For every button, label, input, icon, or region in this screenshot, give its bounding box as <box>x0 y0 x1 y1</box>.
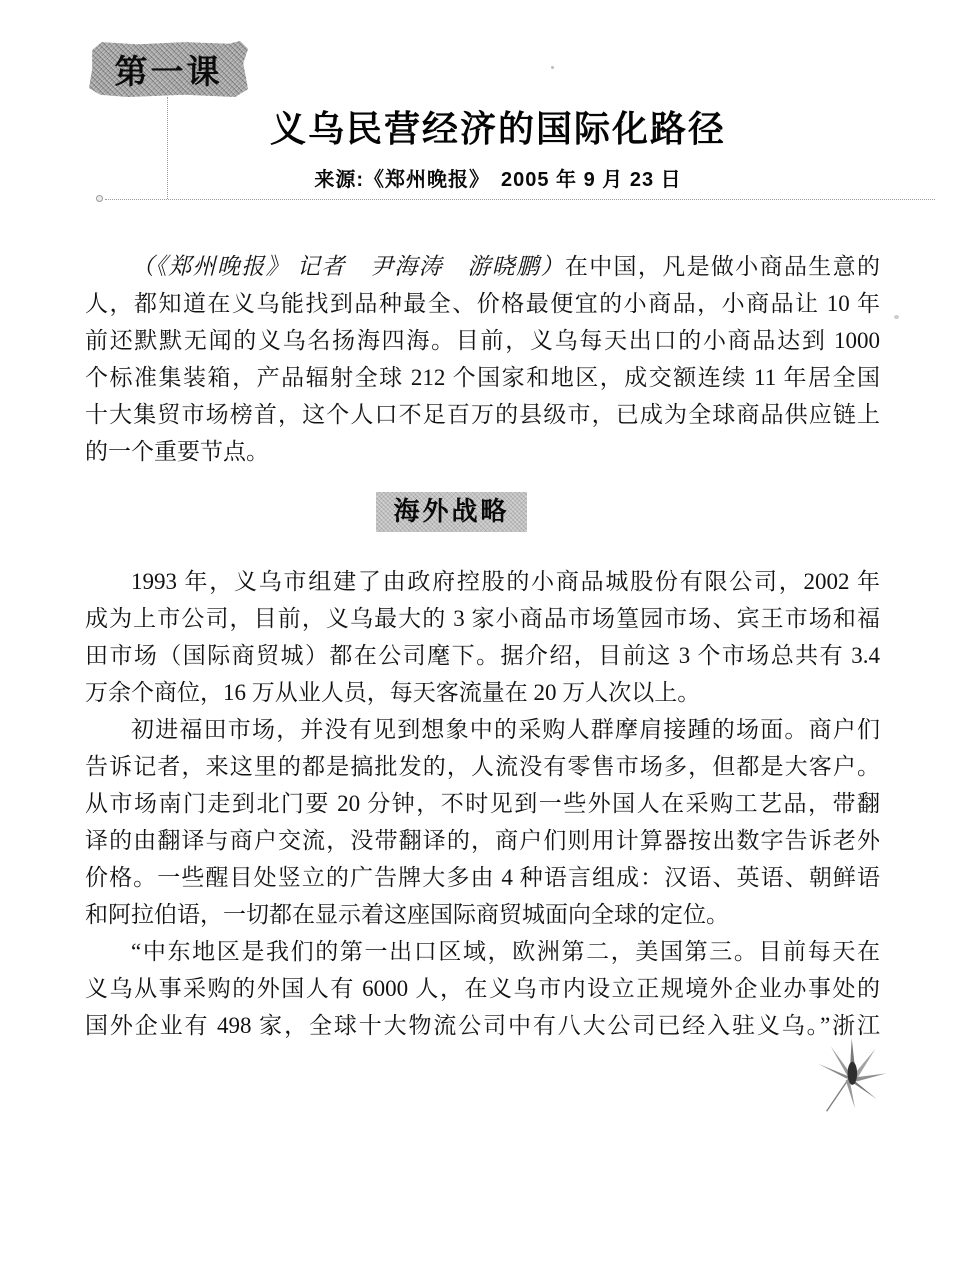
paragraph: （《郑州晚报》 记者 尹海涛 游晓鹏）在中国，凡是做小商品生意的人，都知道在义乌… <box>85 248 880 470</box>
article-body: （《郑州晚报》 记者 尹海涛 游晓鹏）在中国，凡是做小商品生意的人，都知道在义乌… <box>85 248 880 1044</box>
text-line: 初进福田市场，并没有见到想象中的采购人群摩肩接踵的场面。商户们 <box>85 711 880 748</box>
text-line: 前还默默无闻的义乌名扬海四海。目前，义乌每天出口的小商品达到 1000 <box>85 322 880 359</box>
text-line: 个标准集装箱，产品辐射全球 212 个国家和地区，成交额连续 11 年居全国 <box>85 359 880 396</box>
text-line: 义乌从事采购的外国人有 6000 人，在义乌市内设立正规境外企业办事处的 <box>85 970 880 1007</box>
scanned-page: 第一课 义乌民营经济的国际化路径 来源:《郑州晚报》 2005 年 9 月 23… <box>0 0 960 1281</box>
article-title: 义乌民营经济的国际化路径 <box>36 101 960 152</box>
text-line: 从市场南门走到北门要 20 分钟，不时见到一些外国人在采购工艺品，带翻 <box>85 785 880 822</box>
paragraph: “中东地区是我们的第一出口区域，欧洲第二，美国第三。目前每天在义乌从事采购的外国… <box>85 933 880 1044</box>
text-line: 万余个商位，16 万从业人员，每天客流量在 20 万人次以上。 <box>85 674 880 711</box>
text-line: 译的由翻译与商户交流，没带翻译的，商户们则用计算器按出数字告诉老外 <box>85 822 880 859</box>
text-line: 1993 年，义乌市组建了由政府控股的小商品城股份有限公司，2002 年 <box>85 563 880 600</box>
text-line: 人，都知道在义乌能找到品种最全、价格最便宜的小商品，小商品让 10 年 <box>85 285 880 322</box>
divider-end-circle <box>96 195 103 202</box>
lesson-number-label: 第一课 <box>115 46 223 93</box>
section-paragraphs: 1993 年，义乌市组建了由政府控股的小商品城股份有限公司，2002 年成为上市… <box>85 563 880 1044</box>
paragraph: 初进福田市场，并没有见到想象中的采购人群摩肩接踵的场面。商户们告诉记者，来这里的… <box>85 711 880 933</box>
text-line: （《郑州晚报》 记者 尹海涛 游晓鹏）在中国，凡是做小商品生意的 <box>85 248 880 285</box>
intro-paragraphs: （《郑州晚报》 记者 尹海涛 游晓鹏）在中国，凡是做小商品生意的人，都知道在义乌… <box>85 248 880 470</box>
text-line: 田市场（国际商贸城）都在公司麾下。据介绍，目前这 3 个市场总共有 3.4 <box>85 637 880 674</box>
text-line: 的一个重要节点。 <box>85 433 880 470</box>
header-divider-line <box>105 199 935 200</box>
article-source: 来源:《郑州晚报》 2005 年 9 月 23 日 <box>36 163 960 192</box>
scan-artifact-dot <box>894 315 899 319</box>
article-header: 义乌民营经济的国际化路径 来源:《郑州晚报》 2005 年 9 月 23 日 <box>36 101 960 192</box>
section-heading-badge: 海外战略 <box>376 492 526 532</box>
leaf-decoration-icon <box>810 1034 892 1114</box>
paragraph: 1993 年，义乌市组建了由政府控股的小商品城股份有限公司，2002 年成为上市… <box>85 563 880 711</box>
text-line: 告诉记者，来这里的都是搞批发的，人流没有零售市场多，但都是大客户。 <box>85 748 880 785</box>
text-line: 价格。一些醒目处竖立的广告牌大多由 4 种语言组成：汉语、英语、朝鲜语 <box>85 859 880 896</box>
scan-artifact-dot <box>551 66 554 69</box>
text-line: 十大集贸市场榜首，这个人口不足百万的县级市，已成为全球商品供应链上 <box>85 396 880 433</box>
text-line: 成为上市公司，目前，义乌最大的 3 家小商品市场篁园市场、宾王市场和福 <box>85 600 880 637</box>
text-line: 国外企业有 498 家，全球十大物流公司中有八大公司已经入驻义乌。”浙江 <box>85 1007 880 1044</box>
byline-kai-text: （《郑州晚报》 记者 尹海涛 游晓鹏） <box>131 254 565 279</box>
section-heading-row: 海外战略 <box>85 492 880 532</box>
lesson-number-badge: 第一课 <box>89 41 248 97</box>
text-line: 和阿拉伯语，一切都在显示着这座国际商贸城面向全球的定位。 <box>85 896 880 933</box>
text-line: “中东地区是我们的第一出口区域，欧洲第二，美国第三。目前每天在 <box>85 933 880 970</box>
